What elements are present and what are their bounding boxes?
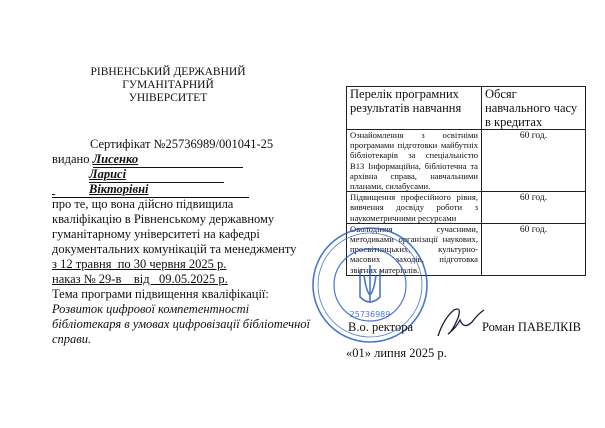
signature-date: «01» липня 2025 р. [346, 346, 447, 361]
university-name: РІВНЕНСЬКИЙ ДЕРЖАВНИЙ ГУМАНІТАРНИЙ УНІВЕ… [52, 66, 284, 105]
header-results: Перелік програмних результатів навчання [347, 87, 482, 130]
body-line-1: про те, що вона дійсно підвищила [52, 197, 233, 212]
recipient-surname: Лисенко [93, 152, 243, 168]
first-name-line: Ларисі [52, 167, 224, 183]
order-number: наказ № 29-в від 09.05.2025 р. [52, 272, 228, 287]
issued-label: видано [52, 152, 89, 166]
table-header-row: Перелік програмних результатів навчання … [347, 87, 586, 130]
header-hours: Обсяг навчального часу в кредитах [482, 87, 586, 130]
signatory-title: В.о. ректора [348, 320, 413, 335]
body-line-2: кваліфікацію в Рівненському державному [52, 212, 274, 227]
topic-label: Тема програми підвищення кваліфікації: [52, 287, 269, 302]
university-line-1: РІВНЕНСЬКИЙ ДЕРЖАВНИЙ ГУМАНІТАРНИЙ [52, 66, 284, 92]
recipient-first-name: Ларисі [89, 167, 224, 183]
row-hours: 60 год. [482, 130, 586, 192]
row-hours: 60 год. [482, 223, 586, 275]
row-description: Підвищення професійного рівня, вивчення … [347, 192, 482, 224]
body-line-3: гуманітарному університеті на кафедрі [52, 227, 260, 242]
university-line-2: УНІВЕРСИТЕТ [52, 92, 284, 105]
topic-line-2: бібліотекаря в умовах цифровізації біблі… [52, 317, 310, 332]
topic-line-3: справи. [52, 332, 91, 347]
row-hours: 60 год. [482, 192, 586, 224]
table-row: Ознайомлення з освітніми програмами підг… [347, 130, 586, 192]
body-line-4: документальних комунікацій та менеджмент… [52, 242, 296, 257]
signatory-name: Роман ПАВЕЛКІВ [482, 320, 581, 335]
recipient-patronymic: Вікторівні [89, 182, 249, 198]
row-description: Ознайомлення з освітніми програмами підг… [347, 130, 482, 192]
topic-line-1: Розвиток цифрової компетентності [52, 302, 249, 317]
issued-to-line: видано Лисенко [52, 152, 243, 168]
certificate-title: Сертифікат №25736989/001041-25 [90, 137, 273, 152]
study-period: з 12 травня по 30 червня 2025 р. [52, 257, 226, 272]
table-row: Підвищення професійного рівня, вивчення … [347, 192, 586, 224]
patronymic-line: Вікторівні [52, 182, 249, 198]
signature-icon [430, 300, 490, 345]
svg-text:25736989: 25736989 [350, 310, 391, 319]
